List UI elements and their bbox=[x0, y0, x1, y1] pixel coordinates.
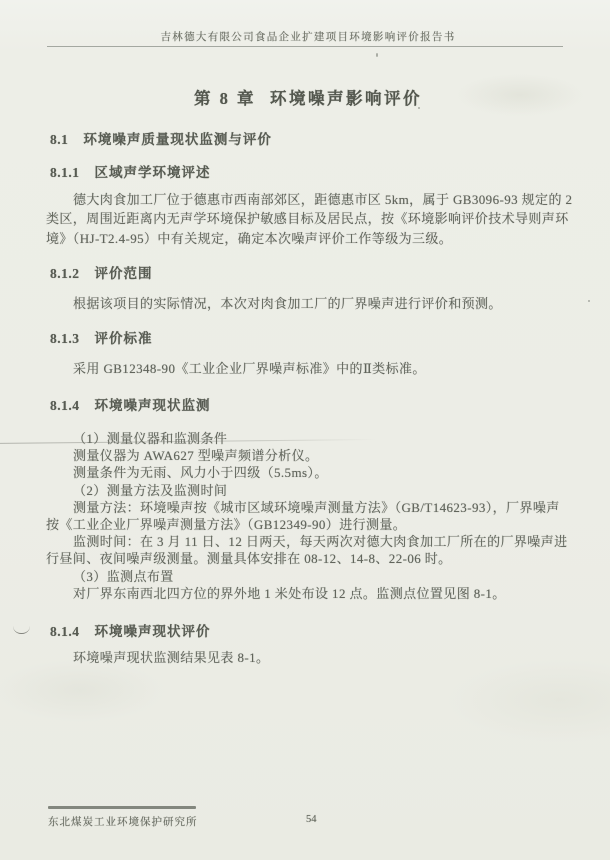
section-heading-8-1: 8.1环境噪声质量现状监测与评价 bbox=[50, 128, 272, 148]
list-item: （2）测量方法及监测时间 bbox=[46, 482, 570, 499]
footer-organization: 东北煤炭工业环境保护研究所 bbox=[48, 814, 198, 829]
section-heading-8-1-4-monitoring: 8.1.4环境噪声现状监测 bbox=[50, 394, 211, 414]
section-heading-8-1-3: 8.1.3评价标准 bbox=[50, 327, 153, 347]
section-title: 评价范围 bbox=[95, 266, 153, 281]
paragraph-8-1-1: 德大肉食加工厂位于德惠市西南部郊区，距德惠市区 5km，属于 GB3096-93… bbox=[46, 190, 570, 248]
section-title: 区域声学环境评述 bbox=[95, 165, 211, 180]
body-line: 境》（HJ-T2.4-95）中有关规定，确定本次噪声评价工作等级为三级。 bbox=[46, 229, 570, 248]
paragraph-8-1-2: 根据该项目的实际情况，本次对肉食加工厂的厂界噪声进行评价和预测。 bbox=[46, 294, 570, 313]
footer-rule bbox=[48, 806, 196, 809]
section-number: 8.1.1 bbox=[50, 165, 80, 180]
body-line: 监测时间：在 3 月 11 日、12 日两天，每天两次对德大肉食加工厂所在的厂界… bbox=[46, 533, 570, 550]
running-header-title: 吉林德大有限公司食品企业扩建项目环境影响评价报告书 bbox=[46, 29, 570, 44]
section-title: 环境噪声现状监测 bbox=[95, 398, 211, 413]
paragraph-8-1-4-evaluation: 环境噪声现状监测结果见表 8-1。 bbox=[46, 648, 570, 667]
body-line: 对厂界东南西北四方位的界外地 1 米处布设 12 点。监测点位置见图 8-1。 bbox=[46, 585, 570, 602]
body-line: 环境噪声现状监测结果见表 8-1。 bbox=[46, 648, 570, 667]
section-title: 环境噪声现状评价 bbox=[95, 624, 211, 639]
chapter-name: 环境噪声影响评价 bbox=[270, 89, 422, 108]
handwritten-tick-mark bbox=[13, 626, 30, 634]
chapter-label: 第 8 章 bbox=[194, 89, 256, 108]
body-line: 测量条件为无雨、风力小于四级（5.5ms）。 bbox=[46, 464, 570, 481]
page-number: 54 bbox=[306, 814, 317, 825]
section-number: 8.1 bbox=[50, 132, 68, 147]
body-line: 采用 GB12348-90《工业企业厂界噪声标准》中的Ⅱ类标准。 bbox=[46, 359, 570, 378]
section-number: 8.1.4 bbox=[50, 624, 80, 639]
document-page: 吉林德大有限公司食品企业扩建项目环境影响评价报告书 第 8 章环境噪声影响评价 … bbox=[0, 0, 610, 860]
chapter-title: 第 8 章环境噪声影响评价 bbox=[46, 85, 570, 109]
scan-speck bbox=[588, 300, 590, 302]
body-line: 德大肉食加工厂位于德惠市西南部郊区，距德惠市区 5km，属于 GB3096-93… bbox=[46, 190, 570, 209]
body-line: 类区，周围近距离内无声学环境保护敏感目标及居民点，按《环境影响评价技术导则声环 bbox=[46, 209, 570, 228]
list-item: （1）测量仪器和监测条件 bbox=[46, 430, 570, 447]
body-line: 测量方法：环境噪声按《城市区域环境噪声测量方法》（GB/T14623-93），厂… bbox=[46, 499, 570, 516]
section-heading-8-1-1: 8.1.1区域声学环境评述 bbox=[50, 161, 211, 181]
scan-speck bbox=[376, 53, 378, 57]
body-line: 行昼间、夜间噪声级测量。测量具体安排在 08-12、14-8、22-06 时。 bbox=[46, 550, 570, 567]
monitoring-paragraph: （1）测量仪器和监测条件 测量仪器为 AWA627 型噪声频谱分析仪。 测量条件… bbox=[46, 430, 570, 602]
section-number: 8.1.4 bbox=[50, 398, 80, 413]
section-heading-8-1-2: 8.1.2评价范围 bbox=[50, 262, 153, 282]
body-line: 测量仪器为 AWA627 型噪声频谱分析仪。 bbox=[46, 447, 570, 464]
section-title: 评价标准 bbox=[95, 331, 153, 346]
section-number: 8.1.3 bbox=[50, 331, 80, 346]
list-item: （3）监测点布置 bbox=[46, 568, 570, 585]
body-line: 根据该项目的实际情况，本次对肉食加工厂的厂界噪声进行评价和预测。 bbox=[46, 294, 570, 313]
paragraph-8-1-3: 采用 GB12348-90《工业企业厂界噪声标准》中的Ⅱ类标准。 bbox=[46, 359, 570, 378]
scan-speck bbox=[418, 107, 420, 109]
section-number: 8.1.2 bbox=[50, 266, 80, 281]
header-rule bbox=[47, 46, 563, 47]
section-heading-8-1-4-evaluation: 8.1.4环境噪声现状评价 bbox=[50, 620, 211, 640]
section-title: 环境噪声质量现状监测与评价 bbox=[83, 132, 272, 147]
body-line: 按《工业企业厂界噪声测量方法》（GB12349-90）进行测量。 bbox=[46, 516, 570, 533]
